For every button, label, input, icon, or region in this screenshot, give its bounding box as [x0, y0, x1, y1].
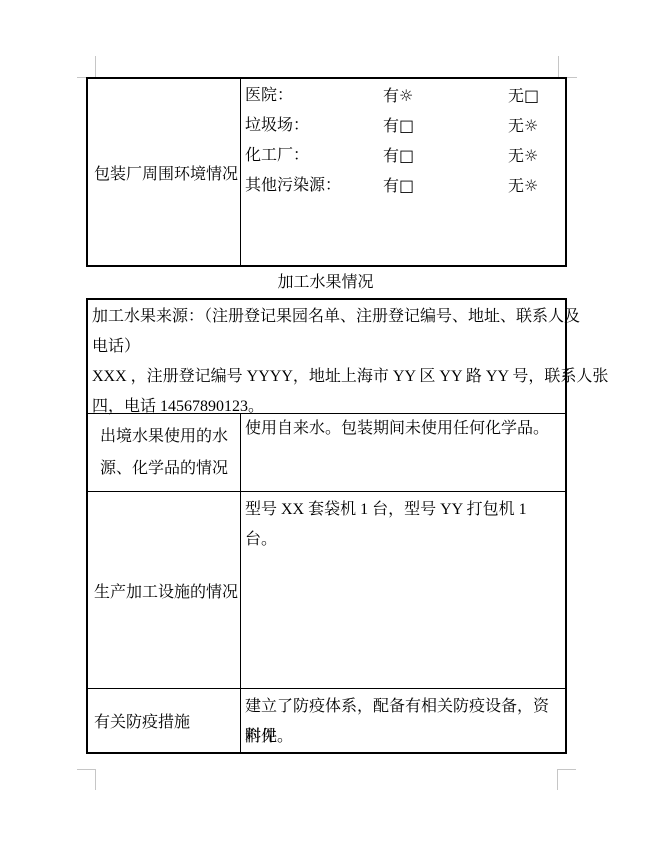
none-option: 无☼ — [508, 171, 538, 202]
water-chemicals-header: 出境水果使用的水 源、化学品的情况 — [88, 414, 241, 491]
environment-item-label: 垃圾场： — [245, 117, 309, 134]
has-option: 有□ — [383, 171, 414, 202]
quarantine-measures-header: 有关防疫措施 — [88, 689, 241, 752]
environment-item-label: 医院： — [245, 87, 293, 104]
quarantine-measures-value: 建立了防疫体系，配备有相关防疫设备，资料见 附件。 — [241, 689, 565, 752]
water-chemicals-value: 使用自来水。包装期间未使用任何化学品。 — [241, 414, 565, 491]
facilities-row: 生产加工设施的情况 型号 XX 套袋机 1 台，型号 YY 打包机 1 台。 — [88, 492, 565, 689]
row-value-line: 型号 XX 套袋机 1 台，型号 YY 打包机 1 台。 — [245, 495, 559, 525]
environment-checklist: 医院： 有☼ 无□ 垃圾场： 有□ 无☼ 化工厂： 有□ 无☼ 其他污染源： 有… — [241, 79, 565, 265]
water-chemicals-row: 出境水果使用的水 源、化学品的情况 使用自来水。包装期间未使用任何化学品。 — [88, 414, 565, 492]
fruit-source-text: 加工水果来源：（注册登记果园名单、注册登记编号、地址、联系人及 — [92, 302, 559, 332]
fruit-source-text: XXX ，注册登记编号 YYYY，地址上海市 YY 区 YY 路 YY 号，联系… — [92, 362, 559, 392]
none-label: 无 — [508, 148, 524, 165]
crop-mark-bottom-right-v — [557, 769, 558, 790]
crop-mark-bottom-left-v — [95, 769, 96, 790]
checkbox-icon[interactable]: □ — [399, 146, 414, 165]
none-label: 无 — [508, 178, 524, 195]
row-value-line: 使用自来水。包装期间未使用任何化学品。 — [245, 414, 559, 444]
fruit-table: 加工水果来源：（注册登记果园名单、注册登记编号、地址、联系人及 电话） XXX … — [86, 298, 567, 754]
row-label-line: 有关防疫措施 — [94, 709, 190, 732]
checkbox-icon[interactable]: ☼ — [524, 176, 538, 195]
checkbox-icon[interactable]: ☼ — [524, 116, 538, 135]
none-option: 无☼ — [508, 111, 538, 142]
fruit-source-cell: 加工水果来源：（注册登记果园名单、注册登记编号、地址、联系人及 电话） XXX … — [88, 300, 565, 414]
row-label-line: 生产加工设施的情况 — [94, 579, 238, 602]
row-value-line: 附件。 — [245, 722, 559, 752]
checkbox-icon[interactable]: ☼ — [399, 86, 413, 105]
has-label: 有 — [383, 178, 399, 195]
environment-row-header: 包装厂周围环境情况 — [88, 79, 241, 265]
fruit-source-text: 电话） — [92, 332, 559, 362]
crop-mark-bottom-right-h — [557, 769, 576, 770]
crop-mark-top-left-v — [95, 56, 96, 77]
has-option: 有□ — [383, 141, 414, 172]
none-label: 无 — [508, 88, 524, 105]
environment-table: 包装厂周围环境情况 医院： 有☼ 无□ 垃圾场： 有□ 无☼ 化工厂： 有□ 无… — [86, 77, 567, 267]
facilities-value: 型号 XX 套袋机 1 台，型号 YY 打包机 1 台。 — [241, 492, 565, 688]
has-label: 有 — [383, 118, 399, 135]
has-label: 有 — [383, 88, 399, 105]
has-option: 有☼ — [383, 81, 413, 112]
section-title: 加工水果情况 — [0, 267, 651, 298]
none-label: 无 — [508, 118, 524, 135]
crop-mark-bottom-left-h — [77, 769, 96, 770]
row-label-line: 出境水果使用的水 — [88, 421, 240, 453]
environment-item-chemical-plant: 化工厂： 有□ 无☼ — [245, 141, 565, 171]
quarantine-measures-row: 有关防疫措施 建立了防疫体系，配备有相关防疫设备，资料见 附件。 — [88, 689, 565, 752]
environment-item-other-pollution: 其他污染源： 有□ 无☼ — [245, 171, 565, 201]
environment-item-label: 化工厂： — [245, 147, 309, 164]
environment-row-label: 包装厂周围环境情况 — [94, 161, 238, 184]
checkbox-icon[interactable]: □ — [524, 86, 539, 105]
environment-item-garbage-dump: 垃圾场： 有□ 无☼ — [245, 111, 565, 141]
row-value-line: 建立了防疫体系，配备有相关防疫设备，资料见 — [245, 692, 559, 722]
environment-item-hospital: 医院： 有☼ 无□ — [245, 81, 565, 111]
row-label-line: 源、化学品的情况 — [88, 453, 240, 485]
crop-mark-top-right-v — [558, 56, 559, 77]
none-option: 无☼ — [508, 141, 538, 172]
facilities-header: 生产加工设施的情况 — [88, 492, 241, 688]
has-option: 有□ — [383, 111, 414, 142]
none-option: 无□ — [508, 81, 539, 112]
checkbox-icon[interactable]: ☼ — [524, 146, 538, 165]
checkbox-icon[interactable]: □ — [399, 176, 414, 195]
has-label: 有 — [383, 148, 399, 165]
environment-item-label: 其他污染源： — [245, 177, 341, 194]
document-page: 包装厂周围环境情况 医院： 有☼ 无□ 垃圾场： 有□ 无☼ 化工厂： 有□ 无… — [0, 0, 651, 846]
checkbox-icon[interactable]: □ — [399, 116, 414, 135]
